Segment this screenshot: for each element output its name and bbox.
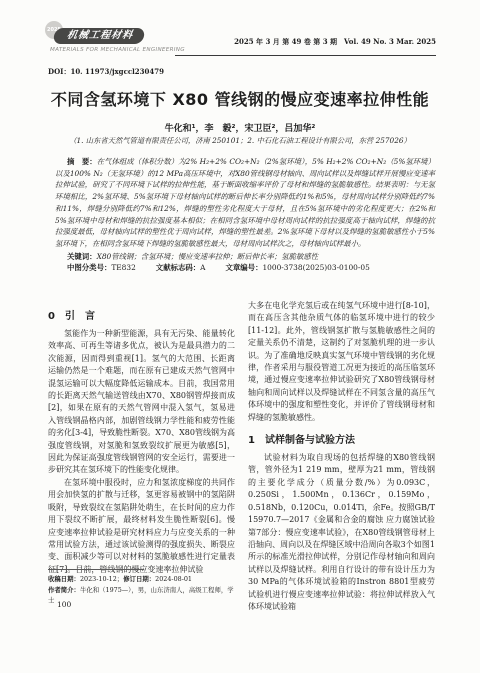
footnote-block: 收稿日期：2023-10-12；修订日期：2024-08-01 作者简介：牛化和… xyxy=(48,569,238,606)
doi: DOI：10. 11973/jxgccl230479 xyxy=(48,67,164,77)
authors: 牛化和¹，李 毅²，宋卫臣²，吕加华² xyxy=(0,121,480,134)
methods-paragraph-1: 试验材料为取自现场的包括焊缝的X80管线钢管，管外径为1 219 mm，壁厚为2… xyxy=(248,452,435,613)
intro-paragraph-2: 在氢环境中服役时，应力和氢浓度梯度的共同作用会加快氢的扩散与迁移，氢更容易被钢中… xyxy=(48,477,235,576)
received-date-label: 收稿日期： xyxy=(48,575,80,583)
classification-line: 中图分类号：TE832文献标志码：A文章编号：1000-3738(2025)03… xyxy=(55,262,435,274)
footnote-divider xyxy=(48,569,144,570)
right-column: 大多在电化学充氢后或在纯氢气环境中进行[8-10]，而在高压含其他杂质气体的临氢… xyxy=(248,300,435,613)
header-divider xyxy=(175,55,436,56)
paper-page: 2025 机械工程材料 MATERIALS FOR MECHANICAL ENG… xyxy=(0,0,480,673)
intro-paragraph-2-continued: 大多在电化学充氢后或在纯氢气环境中进行[8-10]，而在高压含其他杂质气体的临氢… xyxy=(248,300,435,424)
body-columns: 0 引 言 氢能作为一种新型能源，具有无污染、能量转化效率高、可再生等诸多优点，… xyxy=(48,300,436,613)
journal-name-english: MATERIALS FOR MECHANICAL ENGINEERING xyxy=(50,47,220,53)
received-date: 2023-10-12； xyxy=(80,575,123,583)
article-id-value: 1000-3738(2025)03-0100-05 xyxy=(262,263,369,272)
left-column: 0 引 言 氢能作为一种新型能源，具有无污染、能量转化效率高、可再生等诸多优点，… xyxy=(48,300,235,613)
revised-date: 2024-08-01 xyxy=(155,575,192,583)
section-heading-intro: 0 引 言 xyxy=(48,307,235,322)
keywords-label: 关键词： xyxy=(67,252,97,261)
keywords-text: X80管线钢；含氢环境；慢应变速率拉伸；断后伸长率；氢脆敏感性 xyxy=(97,252,319,261)
intro-paragraph-1: 氢能作为一种新型能源，具有无污染、能量转化效率高、可再生等诸多优点，被认为是最具… xyxy=(48,328,235,477)
section-heading-methods: 1 试样制备与试验方法 xyxy=(248,431,435,446)
keywords-line: 关键词：X80管线钢；含氢环境；慢应变速率拉伸；断后伸长率；氢脆敏感性 xyxy=(55,251,435,263)
article-id-label: 文章编号： xyxy=(226,263,263,272)
journal-logo: 2025 机械工程材料 MATERIALS FOR MECHANICAL ENG… xyxy=(48,26,178,56)
affiliation: （1. 山东省天然气管道有限责任公司，济南 250101；2. 中石化石油工程设… xyxy=(0,136,480,146)
clc-value: TE832 xyxy=(111,263,135,272)
journal-name-banner: 机械工程材料 xyxy=(53,28,146,44)
clc-label: 中图分类号： xyxy=(67,263,111,272)
doc-code-label: 文献标志码： xyxy=(156,263,200,272)
issue-info: 2025 年 3 月 第 49 卷 第 3 期 Vol. 49 No. 3 Ma… xyxy=(234,37,436,47)
abstract-block: 摘 要：在气体组成（体积分数）为2% H₂+2% CO₂+N₂（2%氢环境），5… xyxy=(55,156,435,274)
doc-code-value: A xyxy=(200,263,205,272)
abstract-label: 摘 要： xyxy=(67,157,97,166)
footnote-dates: 收稿日期：2023-10-12；修订日期：2024-08-01 xyxy=(48,574,238,585)
abstract-paragraph: 摘 要：在气体组成（体积分数）为2% H₂+2% CO₂+N₂（2%氢环境），5… xyxy=(55,156,435,250)
abstract-text: 在气体组成（体积分数）为2% H₂+2% CO₂+N₂（2%氢环境），5% H₂… xyxy=(55,157,435,248)
footnote-bio: 作者简介：牛化和（1975—），男，山东济南人，高级工程师，学士 xyxy=(48,585,238,606)
revised-date-label: 修订日期： xyxy=(123,575,155,583)
page-number: 100 xyxy=(57,600,71,609)
page-title: 不同含氢环境下 X80 管线钢的慢应变速率拉伸性能 xyxy=(20,87,460,110)
author-bio-label: 作者简介： xyxy=(48,586,80,594)
journal-header: 2025 机械工程材料 MATERIALS FOR MECHANICAL ENG… xyxy=(48,26,436,58)
